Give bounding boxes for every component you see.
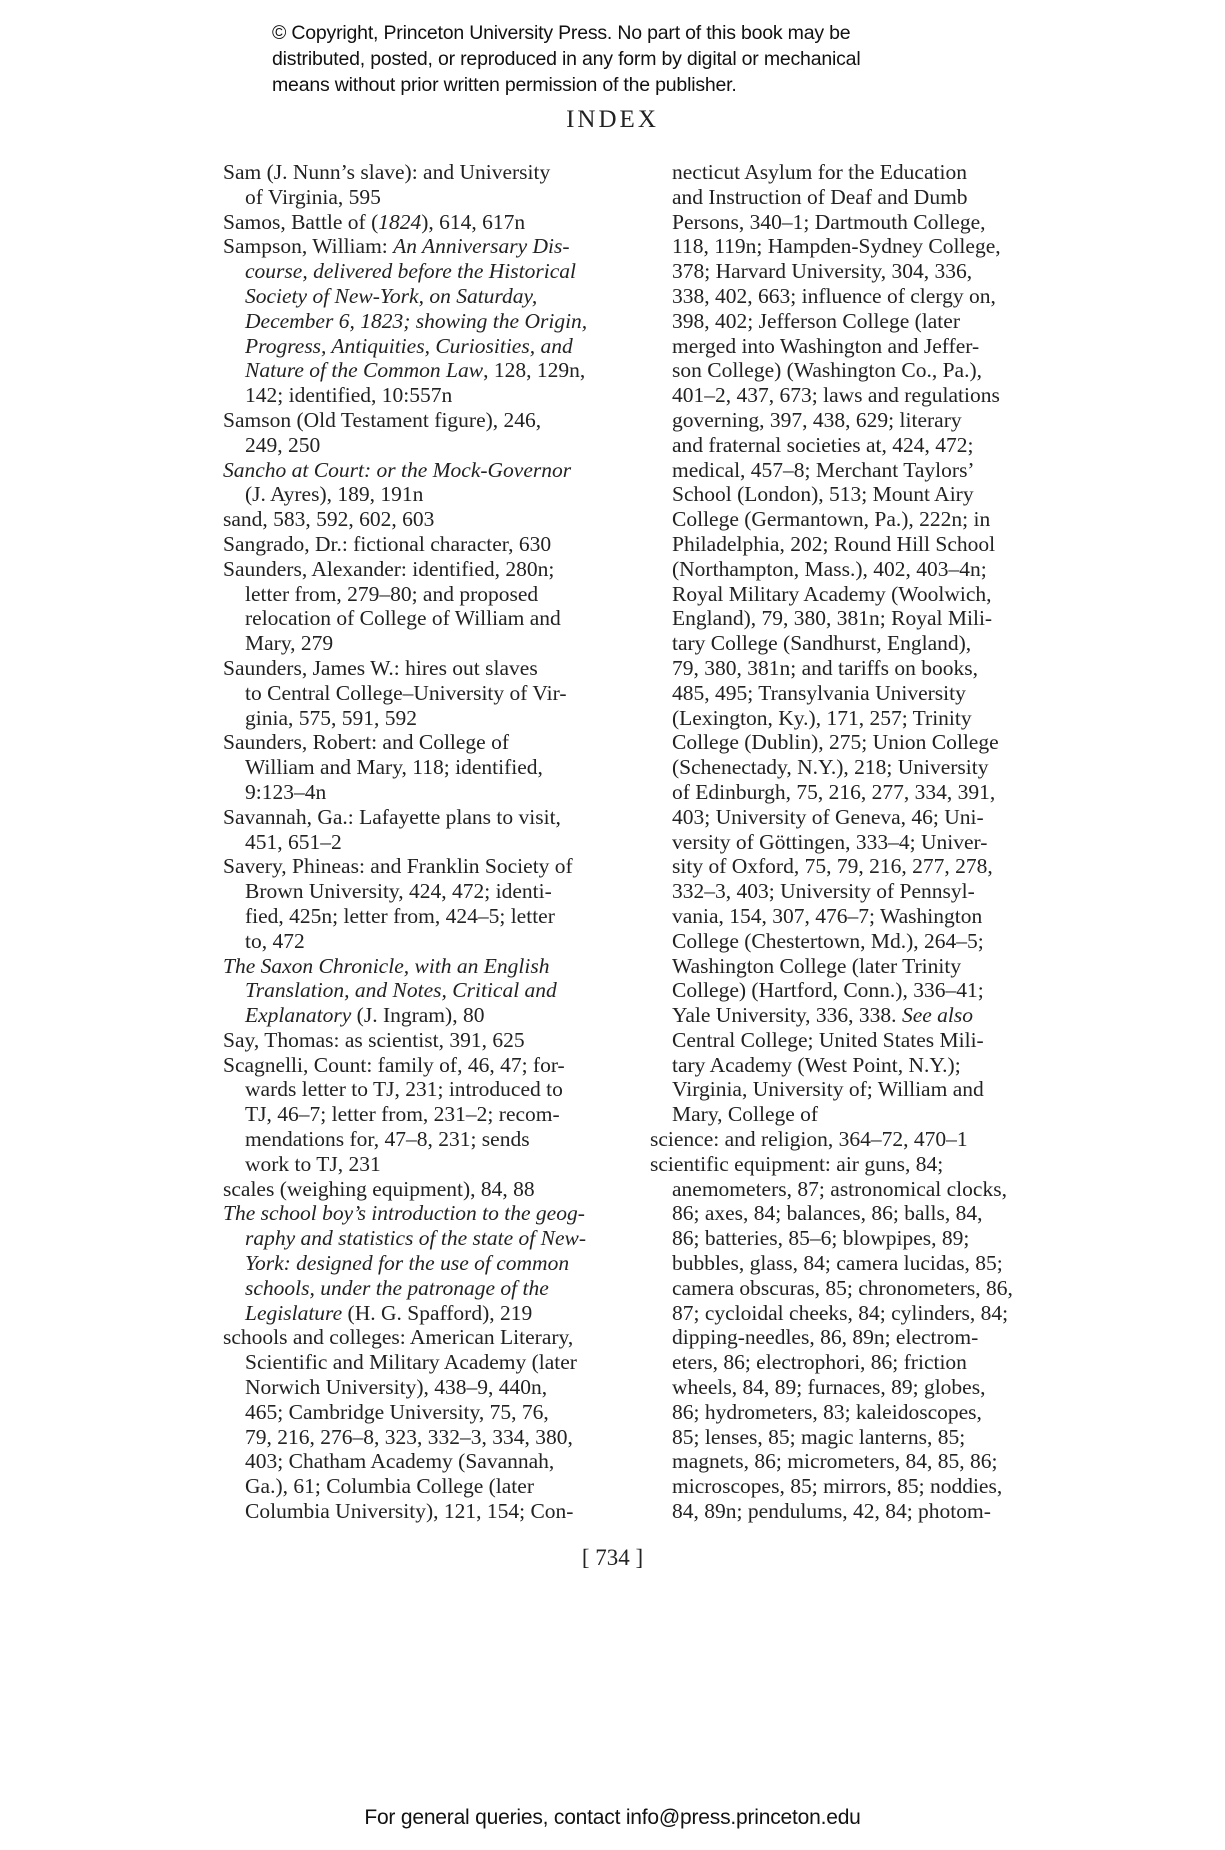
index-entry-heading-line: scientific equipment: air guns, 84; — [650, 1152, 1055, 1177]
entry-text: Saunders, Alexander: identified, 280n; — [223, 557, 554, 581]
entry-text: sity of Oxford, 75, 79, 216, 277, 278, — [672, 854, 993, 878]
index-entry-continuation-line: Ga.), 61; Columbia College (later — [223, 1474, 623, 1499]
index-entry-continuation-line: Central College; United States Mili- — [650, 1028, 1055, 1053]
index-entry-heading-line: Samson (Old Testament figure), 246, — [223, 408, 623, 433]
italic-title-text: raphy and statistics of the state of New… — [245, 1226, 586, 1250]
index-column-left: Sam (J. Nunn’s slave): and Universityof … — [223, 160, 623, 1524]
entry-text: (Northampton, Mass.), 402, 403–4n; — [672, 557, 987, 581]
italic-title-text: The Saxon Chronicle, with an English — [223, 954, 549, 978]
entry-text: Norwich University), 438–9, 440n, — [245, 1375, 547, 1399]
index-entry-continuation-line: tary College (Sandhurst, England), — [650, 631, 1055, 656]
entry-text: relocation of College of William and — [245, 606, 561, 630]
index-entry-continuation-line: Virginia, University of; William and — [650, 1077, 1055, 1102]
index-entry-continuation-line: Mary, 279 — [223, 631, 623, 656]
entry-text: 398, 402; Jefferson College (later — [672, 309, 960, 333]
index-entry-heading-line: Saunders, Robert: and College of — [223, 730, 623, 755]
entry-text: of Edinburgh, 75, 216, 277, 334, 391, — [672, 780, 995, 804]
entry-text: Sangrado, Dr.: fictional character, 630 — [223, 532, 551, 556]
entry-text: mendations for, 47–8, 231; sends — [245, 1127, 530, 1151]
entry-text: College) (Hartford, Conn.), 336–41; — [672, 978, 984, 1002]
index-entry-continuation-line: 401–2, 437, 673; laws and regulations — [650, 383, 1055, 408]
entry-text: vania, 154, 307, 476–7; Washington — [672, 904, 982, 928]
entry-text: camera obscuras, 85; chronometers, 86, — [672, 1276, 1013, 1300]
entry-text: 451, 651–2 — [245, 830, 342, 854]
index-entry-heading-line: Samos, Battle of (1824), 614, 617n — [223, 210, 623, 235]
entry-text: Brown University, 424, 472; identi- — [245, 879, 552, 903]
index-entry-continuation-line: York: designed for the use of common — [223, 1251, 623, 1276]
entry-text: School (London), 513; Mount Airy — [672, 482, 974, 506]
index-entry-heading-line: Savery, Phineas: and Franklin Society of — [223, 854, 623, 879]
index-entry-continuation-line: of Virginia, 595 — [223, 185, 623, 210]
index-entry-continuation-line: relocation of College of William and — [223, 606, 623, 631]
index-entry-continuation-line: 485, 495; Transylvania University — [650, 681, 1055, 706]
index-entry-continuation-line: Philadelphia, 202; Round Hill School — [650, 532, 1055, 557]
index-entry-continuation-line: camera obscuras, 85; chronometers, 86, — [650, 1276, 1055, 1301]
copyright-notice: © Copyright, Princeton University Press.… — [272, 20, 972, 98]
entry-text: to, 472 — [245, 929, 305, 953]
italic-title-text: 1824 — [378, 210, 421, 234]
entry-text: son College) (Washington Co., Pa.), — [672, 358, 982, 382]
entry-text: College (Germantown, Pa.), 222n; in — [672, 507, 990, 531]
index-entry-continuation-line: governing, 397, 438, 629; literary — [650, 408, 1055, 433]
index-entry-continuation-line: TJ, 46–7; letter from, 231–2; recom- — [223, 1102, 623, 1127]
index-entry-continuation-line: of Edinburgh, 75, 216, 277, 334, 391, — [650, 780, 1055, 805]
entry-text: Yale University, 336, 338. — [672, 1003, 902, 1027]
italic-title-text: Progress, Antiquities, Curiosities, and — [245, 334, 573, 358]
entry-text: Virginia, University of; William and — [672, 1077, 984, 1101]
index-entry-continuation-line: 142; identified, 10:557n — [223, 383, 623, 408]
italic-title-text: The school boy’s introduction to the geo… — [223, 1201, 585, 1225]
entry-text: Say, Thomas: as scientist, 391, 625 — [223, 1028, 525, 1052]
index-entry-continuation-line: 86; axes, 84; balances, 86; balls, 84, — [650, 1201, 1055, 1226]
entry-text: (J. Ayres), 189, 191n — [245, 482, 423, 506]
entry-text: governing, 397, 438, 629; literary — [672, 408, 962, 432]
entry-text: 465; Cambridge University, 75, 76, — [245, 1400, 549, 1424]
index-entry-continuation-line: microscopes, 85; mirrors, 85; noddies, — [650, 1474, 1055, 1499]
entry-text: 142; identified, 10:557n — [245, 383, 452, 407]
index-entry-continuation-line: 85; lenses, 85; magic lanterns, 85; — [650, 1425, 1055, 1450]
entry-text: eters, 86; electrophori, 86; friction — [672, 1350, 967, 1374]
entry-text: Royal Military Academy (Woolwich, — [672, 582, 992, 606]
index-entry-continuation-line: Royal Military Academy (Woolwich, — [650, 582, 1055, 607]
index-entry-continuation-line: Nature of the Common Law, 128, 129n, — [223, 358, 623, 383]
index-entry-continuation-line: (J. Ayres), 189, 191n — [223, 482, 623, 507]
entry-text: fied, 425n; letter from, 424–5; letter — [245, 904, 555, 928]
index-entry-heading-line: Scagnelli, Count: family of, 46, 47; for… — [223, 1053, 623, 1078]
italic-title-text: See also — [902, 1003, 973, 1027]
entry-text: Samson (Old Testament figure), 246, — [223, 408, 541, 432]
italic-title-text: York: designed for the use of common — [245, 1251, 569, 1275]
italic-title-text: schools, under the patronage of the — [245, 1276, 549, 1300]
index-entry-continuation-line: eters, 86; electrophori, 86; friction — [650, 1350, 1055, 1375]
entry-text: magnets, 86; micrometers, 84, 85, 86; — [672, 1449, 997, 1473]
italic-title-text: Translation, and Notes, Critical and — [245, 978, 557, 1002]
index-entry-continuation-line: and Instruction of Deaf and Dumb — [650, 185, 1055, 210]
entry-text: wards letter to TJ, 231; introduced to — [245, 1077, 563, 1101]
index-entry-continuation-line: 332–3, 403; University of Pennsyl- — [650, 879, 1055, 904]
index-entry-continuation-line: 86; batteries, 85–6; blowpipes, 89; — [650, 1226, 1055, 1251]
index-entry-continuation-line: (Northampton, Mass.), 402, 403–4n; — [650, 557, 1055, 582]
index-entry-continuation-line: Persons, 340–1; Dartmouth College, — [650, 210, 1055, 235]
entry-text: 378; Harvard University, 304, 336, — [672, 259, 972, 283]
index-entry-heading-line: Sancho at Court: or the Mock-Governor — [223, 458, 623, 483]
entry-text: (Lexington, Ky.), 171, 257; Trinity — [672, 706, 972, 730]
entry-text: of Virginia, 595 — [245, 185, 381, 209]
entry-text: (Schenectady, N.Y.), 218; University — [672, 755, 988, 779]
index-entry-continuation-line: necticut Asylum for the Education — [650, 160, 1055, 185]
index-entry-continuation-line: 398, 402; Jefferson College (later — [650, 309, 1055, 334]
entry-text: 401–2, 437, 673; laws and regulations — [672, 383, 1000, 407]
italic-title-text: An Anniversary Dis- — [393, 234, 569, 258]
index-entry-heading-line: Sampson, William: An Anniversary Dis- — [223, 234, 623, 259]
index-entry-continuation-line: Scientific and Military Academy (later — [223, 1350, 623, 1375]
index-entry-continuation-line: bubbles, glass, 84; camera lucidas, 85; — [650, 1251, 1055, 1276]
index-entry-continuation-line: merged into Washington and Jeffer- — [650, 334, 1055, 359]
entry-text: College (Chestertown, Md.), 264–5; — [672, 929, 984, 953]
entry-text: 485, 495; Transylvania University — [672, 681, 966, 705]
index-entry-continuation-line: 403; University of Geneva, 46; Uni- — [650, 805, 1055, 830]
entry-text: Scientific and Military Academy (later — [245, 1350, 577, 1374]
index-entry-heading-line: Sangrado, Dr.: fictional character, 630 — [223, 532, 623, 557]
index-entry-continuation-line: 9:123–4n — [223, 780, 623, 805]
italic-title-text: Legislature — [245, 1301, 342, 1325]
entry-text: Central College; United States Mili- — [672, 1028, 984, 1052]
index-entry-continuation-line: Explanatory (J. Ingram), 80 — [223, 1003, 623, 1028]
index-entry-continuation-line: Society of New-York, on Saturday, — [223, 284, 623, 309]
entry-text: 79, 216, 276–8, 323, 332–3, 334, 380, — [245, 1425, 573, 1449]
index-entry-continuation-line: College (Dublin), 275; Union College — [650, 730, 1055, 755]
entry-text: science: and religion, 364–72, 470–1 — [650, 1127, 968, 1151]
index-entry-continuation-line: ginia, 575, 591, 592 — [223, 706, 623, 731]
entry-text: 86; hydrometers, 83; kaleidoscopes, — [672, 1400, 982, 1424]
index-entry-continuation-line: medical, 457–8; Merchant Taylors’ — [650, 458, 1055, 483]
entry-text: 118, 119n; Hampden-Sydney College, — [672, 234, 1001, 258]
index-entry-heading-line: Savannah, Ga.: Lafayette plans to visit, — [223, 805, 623, 830]
index-entry-continuation-line: 79, 216, 276–8, 323, 332–3, 334, 380, — [223, 1425, 623, 1450]
copyright-line: means without prior written permission o… — [272, 72, 972, 98]
entry-text: Sam (J. Nunn’s slave): and University — [223, 160, 550, 184]
entry-text: 84, 89n; pendulums, 42, 84; photom- — [672, 1499, 991, 1523]
index-entry-heading-line: scales (weighing equipment), 84, 88 — [223, 1177, 623, 1202]
index-entry-continuation-line: wards letter to TJ, 231; introduced to — [223, 1077, 623, 1102]
italic-title-text: Sancho at Court: or the Mock-Governor — [223, 458, 571, 482]
entry-text: 338, 402, 663; influence of clergy on, — [672, 284, 996, 308]
entry-text: TJ, 46–7; letter from, 231–2; recom- — [245, 1102, 560, 1126]
index-entry-continuation-line: son College) (Washington Co., Pa.), — [650, 358, 1055, 383]
index-entry-continuation-line: 118, 119n; Hampden-Sydney College, — [650, 234, 1055, 259]
index-entry-continuation-line: College (Chestertown, Md.), 264–5; — [650, 929, 1055, 954]
page-title: INDEX — [0, 106, 1225, 134]
index-entry-continuation-line: Progress, Antiquities, Curiosities, and — [223, 334, 623, 359]
index-entry-continuation-line: William and Mary, 118; identified, — [223, 755, 623, 780]
entry-text: Scagnelli, Count: family of, 46, 47; for… — [223, 1053, 565, 1077]
index-entry-continuation-line: Washington College (later Trinity — [650, 954, 1055, 979]
index-entry-continuation-line: to Central College–University of Vir- — [223, 681, 623, 706]
index-entry-continuation-line: 84, 89n; pendulums, 42, 84; photom- — [650, 1499, 1055, 1524]
index-entry-continuation-line: magnets, 86; micrometers, 84, 85, 86; — [650, 1449, 1055, 1474]
index-entry-continuation-line: 79, 380, 381n; and tariffs on books, — [650, 656, 1055, 681]
index-entry-heading-line: Say, Thomas: as scientist, 391, 625 — [223, 1028, 623, 1053]
entry-text: schools and colleges: American Literary, — [223, 1325, 573, 1349]
entry-text: Savannah, Ga.: Lafayette plans to visit, — [223, 805, 561, 829]
italic-title-text: Explanatory — [245, 1003, 351, 1027]
entry-text: William and Mary, 118; identified, — [245, 755, 543, 779]
index-entry-continuation-line: course, delivered before the Historical — [223, 259, 623, 284]
page-number: [ 734 ] — [0, 1545, 1225, 1571]
index-entry-continuation-line: anemometers, 87; astronomical clocks, — [650, 1177, 1055, 1202]
index-entry-continuation-line: dipping-needles, 86, 89n; electrom- — [650, 1325, 1055, 1350]
index-entry-continuation-line: 403; Chatham Academy (Savannah, — [223, 1449, 623, 1474]
index-entry-continuation-line: College (Germantown, Pa.), 222n; in — [650, 507, 1055, 532]
entry-text: scales (weighing equipment), 84, 88 — [223, 1177, 535, 1201]
index-entry-heading-line: science: and religion, 364–72, 470–1 — [650, 1127, 1055, 1152]
index-entry-continuation-line: 86; hydrometers, 83; kaleidoscopes, — [650, 1400, 1055, 1425]
entry-text: Mary, 279 — [245, 631, 333, 655]
index-entry-heading-line: Sam (J. Nunn’s slave): and University — [223, 160, 623, 185]
entry-text: 86; batteries, 85–6; blowpipes, 89; — [672, 1226, 969, 1250]
index-entry-continuation-line: (Lexington, Ky.), 171, 257; Trinity — [650, 706, 1055, 731]
entry-text: (J. Ingram), 80 — [351, 1003, 484, 1027]
entry-text: 403; Chatham Academy (Savannah, — [245, 1449, 554, 1473]
entry-text: College (Dublin), 275; Union College — [672, 730, 999, 754]
entry-text: anemometers, 87; astronomical clocks, — [672, 1177, 1007, 1201]
index-entry-continuation-line: vania, 154, 307, 476–7; Washington — [650, 904, 1055, 929]
entry-text: England), 79, 380, 381n; Royal Mili- — [672, 606, 992, 630]
index-entry-continuation-line: Norwich University), 438–9, 440n, — [223, 1375, 623, 1400]
index-entry-continuation-line: wheels, 84, 89; furnaces, 89; globes, — [650, 1375, 1055, 1400]
entry-text: ), 614, 617n — [421, 210, 525, 234]
entry-text: wheels, 84, 89; furnaces, 89; globes, — [672, 1375, 985, 1399]
index-entry-heading-line: Saunders, Alexander: identified, 280n; — [223, 557, 623, 582]
contact-footer: For general queries, contact info@press.… — [0, 1806, 1225, 1830]
index-entry-continuation-line: letter from, 279–80; and proposed — [223, 582, 623, 607]
entry-text: 86; axes, 84; balances, 86; balls, 84, — [672, 1201, 983, 1225]
entry-text: Mary, College of — [672, 1102, 818, 1126]
index-entry-continuation-line: sity of Oxford, 75, 79, 216, 277, 278, — [650, 854, 1055, 879]
index-entry-continuation-line: to, 472 — [223, 929, 623, 954]
entry-text: 403; University of Geneva, 46; Uni- — [672, 805, 984, 829]
entry-text: Saunders, James W.: hires out slaves — [223, 656, 538, 680]
index-entry-heading-line: sand, 583, 592, 602, 603 — [223, 507, 623, 532]
entry-text: scientific equipment: air guns, 84; — [650, 1152, 943, 1176]
index-entry-continuation-line: mendations for, 47–8, 231; sends — [223, 1127, 623, 1152]
index-entry-continuation-line: Columbia University), 121, 154; Con- — [223, 1499, 623, 1524]
index-entry-continuation-line: Brown University, 424, 472; identi- — [223, 879, 623, 904]
index-entry-continuation-line: work to TJ, 231 — [223, 1152, 623, 1177]
italic-title-text: December 6, 1823; showing the Origin, — [245, 309, 587, 333]
entry-text: Samos, Battle of ( — [223, 210, 378, 234]
index-entry-continuation-line: Legislature (H. G. Spafford), 219 — [223, 1301, 623, 1326]
entry-text: 79, 380, 381n; and tariffs on books, — [672, 656, 978, 680]
entry-text: ginia, 575, 591, 592 — [245, 706, 417, 730]
index-entry-heading-line: The Saxon Chronicle, with an English — [223, 954, 623, 979]
italic-title-text: course, delivered before the Historical — [245, 259, 576, 283]
index-entry-continuation-line: December 6, 1823; showing the Origin, — [223, 309, 623, 334]
entry-text: 85; lenses, 85; magic lanterns, 85; — [672, 1425, 965, 1449]
index-entry-continuation-line: 338, 402, 663; influence of clergy on, — [650, 284, 1055, 309]
entry-text: microscopes, 85; mirrors, 85; noddies, — [672, 1474, 1002, 1498]
entry-text: versity of Göttingen, 333–4; Univer- — [672, 830, 987, 854]
index-entry-continuation-line: tary Academy (West Point, N.Y.); — [650, 1053, 1055, 1078]
index-entry-continuation-line: (Schenectady, N.Y.), 218; University — [650, 755, 1055, 780]
index-entry-continuation-line: 378; Harvard University, 304, 336, — [650, 259, 1055, 284]
entry-text: 249, 250 — [245, 433, 320, 457]
entry-text: and Instruction of Deaf and Dumb — [672, 185, 968, 209]
entry-text: dipping-needles, 86, 89n; electrom- — [672, 1325, 978, 1349]
entry-text: Columbia University), 121, 154; Con- — [245, 1499, 573, 1523]
copyright-line: distributed, posted, or reproduced in an… — [272, 46, 972, 72]
index-entry-continuation-line: 465; Cambridge University, 75, 76, — [223, 1400, 623, 1425]
copyright-line: © Copyright, Princeton University Press.… — [272, 20, 972, 46]
index-entry-continuation-line: Yale University, 336, 338. See also — [650, 1003, 1055, 1028]
entry-text: Savery, Phineas: and Franklin Society of — [223, 854, 573, 878]
entry-text: Ga.), 61; Columbia College (later — [245, 1474, 534, 1498]
entry-text: letter from, 279–80; and proposed — [245, 582, 538, 606]
entry-text: Philadelphia, 202; Round Hill School — [672, 532, 995, 556]
entry-text: tary College (Sandhurst, England), — [672, 631, 971, 655]
index-entry-continuation-line: versity of Göttingen, 333–4; Univer- — [650, 830, 1055, 855]
entry-text: Sampson, William: — [223, 234, 393, 258]
index-entry-continuation-line: 451, 651–2 — [223, 830, 623, 855]
entry-text: 9:123–4n — [245, 780, 326, 804]
index-entry-continuation-line: raphy and statistics of the state of New… — [223, 1226, 623, 1251]
italic-title-text: Nature of the Common Law — [245, 358, 483, 382]
entry-text: and fraternal societies at, 424, 472; — [672, 433, 974, 457]
index-entry-continuation-line: England), 79, 380, 381n; Royal Mili- — [650, 606, 1055, 631]
entry-text: to Central College–University of Vir- — [245, 681, 567, 705]
entry-text: bubbles, glass, 84; camera lucidas, 85; — [672, 1251, 1003, 1275]
index-entry-continuation-line: and fraternal societies at, 424, 472; — [650, 433, 1055, 458]
entry-text: necticut Asylum for the Education — [672, 160, 967, 184]
index-entry-continuation-line: schools, under the patronage of the — [223, 1276, 623, 1301]
index-entry-continuation-line: College) (Hartford, Conn.), 336–41; — [650, 978, 1055, 1003]
entry-text: merged into Washington and Jeffer- — [672, 334, 979, 358]
entry-text: tary Academy (West Point, N.Y.); — [672, 1053, 961, 1077]
index-column-right: necticut Asylum for the Educationand Ins… — [650, 160, 1055, 1524]
italic-title-text: Society of New-York, on Saturday, — [245, 284, 537, 308]
entry-text: medical, 457–8; Merchant Taylors’ — [672, 458, 975, 482]
entry-text: work to TJ, 231 — [245, 1152, 381, 1176]
entry-text: , 128, 129n, — [483, 358, 585, 382]
entry-text: Washington College (later Trinity — [672, 954, 961, 978]
index-entry-continuation-line: School (London), 513; Mount Airy — [650, 482, 1055, 507]
index-entry-continuation-line: 249, 250 — [223, 433, 623, 458]
entry-text: Persons, 340–1; Dartmouth College, — [672, 210, 986, 234]
entry-text: 87; cycloidal cheeks, 84; cylinders, 84; — [672, 1301, 1008, 1325]
entry-text: Saunders, Robert: and College of — [223, 730, 509, 754]
index-entry-heading-line: Saunders, James W.: hires out slaves — [223, 656, 623, 681]
index-entry-heading-line: The school boy’s introduction to the geo… — [223, 1201, 623, 1226]
index-entry-continuation-line: fied, 425n; letter from, 424–5; letter — [223, 904, 623, 929]
entry-text: sand, 583, 592, 602, 603 — [223, 507, 434, 531]
entry-text: 332–3, 403; University of Pennsyl- — [672, 879, 975, 903]
index-entry-continuation-line: Translation, and Notes, Critical and — [223, 978, 623, 1003]
index-entry-continuation-line: 87; cycloidal cheeks, 84; cylinders, 84; — [650, 1301, 1055, 1326]
index-entry-continuation-line: Mary, College of — [650, 1102, 1055, 1127]
index-entry-heading-line: schools and colleges: American Literary, — [223, 1325, 623, 1350]
entry-text: (H. G. Spafford), 219 — [342, 1301, 532, 1325]
